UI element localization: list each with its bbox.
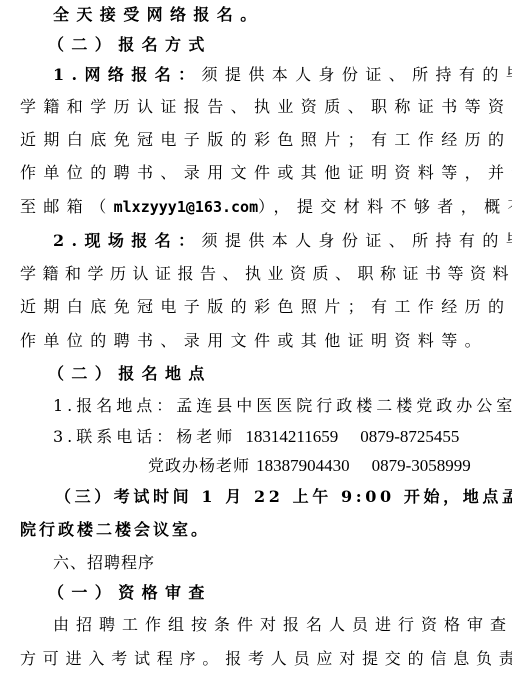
contact-line-1: 3.联系电话：杨老师 183142116590879-8725455: [53, 427, 459, 447]
online-registration-label: 1.网络报名：: [53, 65, 202, 84]
email-address: mlxzyyy1@163.com: [114, 198, 259, 216]
location-line: 1.报名地点：孟连县中医医院行政楼二楼党政办公室: [53, 396, 512, 416]
paragraph-line: 作单位的聘书、录用文件或其他证明资料等，并制作成简历发送: [20, 163, 512, 183]
contact-phone: 0879-3058999: [372, 456, 471, 475]
paragraph-line: 学籍和学历认证报告、执业资质、职称证书等资料原件扫描件，: [20, 97, 512, 117]
contact-person: 杨老师: [176, 427, 236, 446]
contact-mobile: 18387904430: [256, 456, 350, 475]
paragraph-line: 作单位的聘书、录用文件或其他证明资料等。: [20, 331, 488, 351]
exam-time-line-1: （三）考试时间 1 月 22 上午 9:00 开始，地点孟连县中医医: [55, 487, 512, 507]
online-registration-paragraph-line-1: 1.网络报名：须提供本人身份证、所持有的毕业证和学位证、: [53, 65, 512, 85]
paragraph-text: 至邮箱（: [20, 197, 114, 216]
location-label: 1.报名地点：: [53, 396, 176, 415]
paragraph-line: 近期白底免冠电子版的彩色照片；有工作经历的，还需提供所工: [20, 130, 512, 150]
contact-line-2: 党政办杨老师 183879044300879-3058999: [148, 456, 471, 476]
paragraph-line-email: 至邮箱（mlxzyyy1@163.com），提交材料不够者，概不回复。: [20, 197, 512, 217]
paragraph-line: 近期白底免冠电子版的彩色照片；有工作经历的，还需提供所工: [20, 297, 512, 317]
paragraph-text: 须提供本人身份证、所持有的毕业证和学位证、: [202, 65, 512, 84]
contact-person: 党政办杨老师: [148, 456, 250, 475]
paragraph-line: 学籍和学历认证报告、执业资质、职称证书等资料原件及复印件，: [20, 264, 512, 284]
contact-label: 3.联系电话：: [53, 427, 176, 446]
onsite-registration-label: 2.现场报名：: [53, 231, 202, 250]
section-heading-recruitment-procedure: 六、招聘程序: [53, 553, 155, 573]
paragraph-text: ），提交材料不够者，概不回复。: [258, 197, 512, 216]
subsection-heading-qualification: （一）资格审查: [48, 583, 212, 603]
location-value: 孟连县中医医院行政楼二楼党政办公室: [176, 396, 512, 415]
contact-mobile: 18314211659: [245, 427, 338, 446]
paragraph-text: 须提供本人身份证、所持有的毕业证和学位证、: [202, 231, 512, 250]
qualification-line-1: 由招聘工作组按条件对报名人员进行资格审查，审查合格者: [53, 615, 512, 635]
section-heading-method: （二）报名方式: [48, 35, 212, 55]
onsite-registration-paragraph-line-1: 2.现场报名：须提供本人身份证、所持有的毕业证和学位证、: [53, 231, 512, 251]
qualification-line-2: 方可进入考试程序。报考人员应对提交的信息负责，弄虚作假者，: [20, 649, 512, 669]
contact-phone: 0879-8725455: [360, 427, 459, 446]
exam-time-line-2: 院行政楼二楼会议室。: [20, 520, 210, 540]
online-registration-note: 全天接受网络报名。: [53, 5, 264, 25]
section-heading-location: （二）报名地点: [48, 364, 212, 384]
